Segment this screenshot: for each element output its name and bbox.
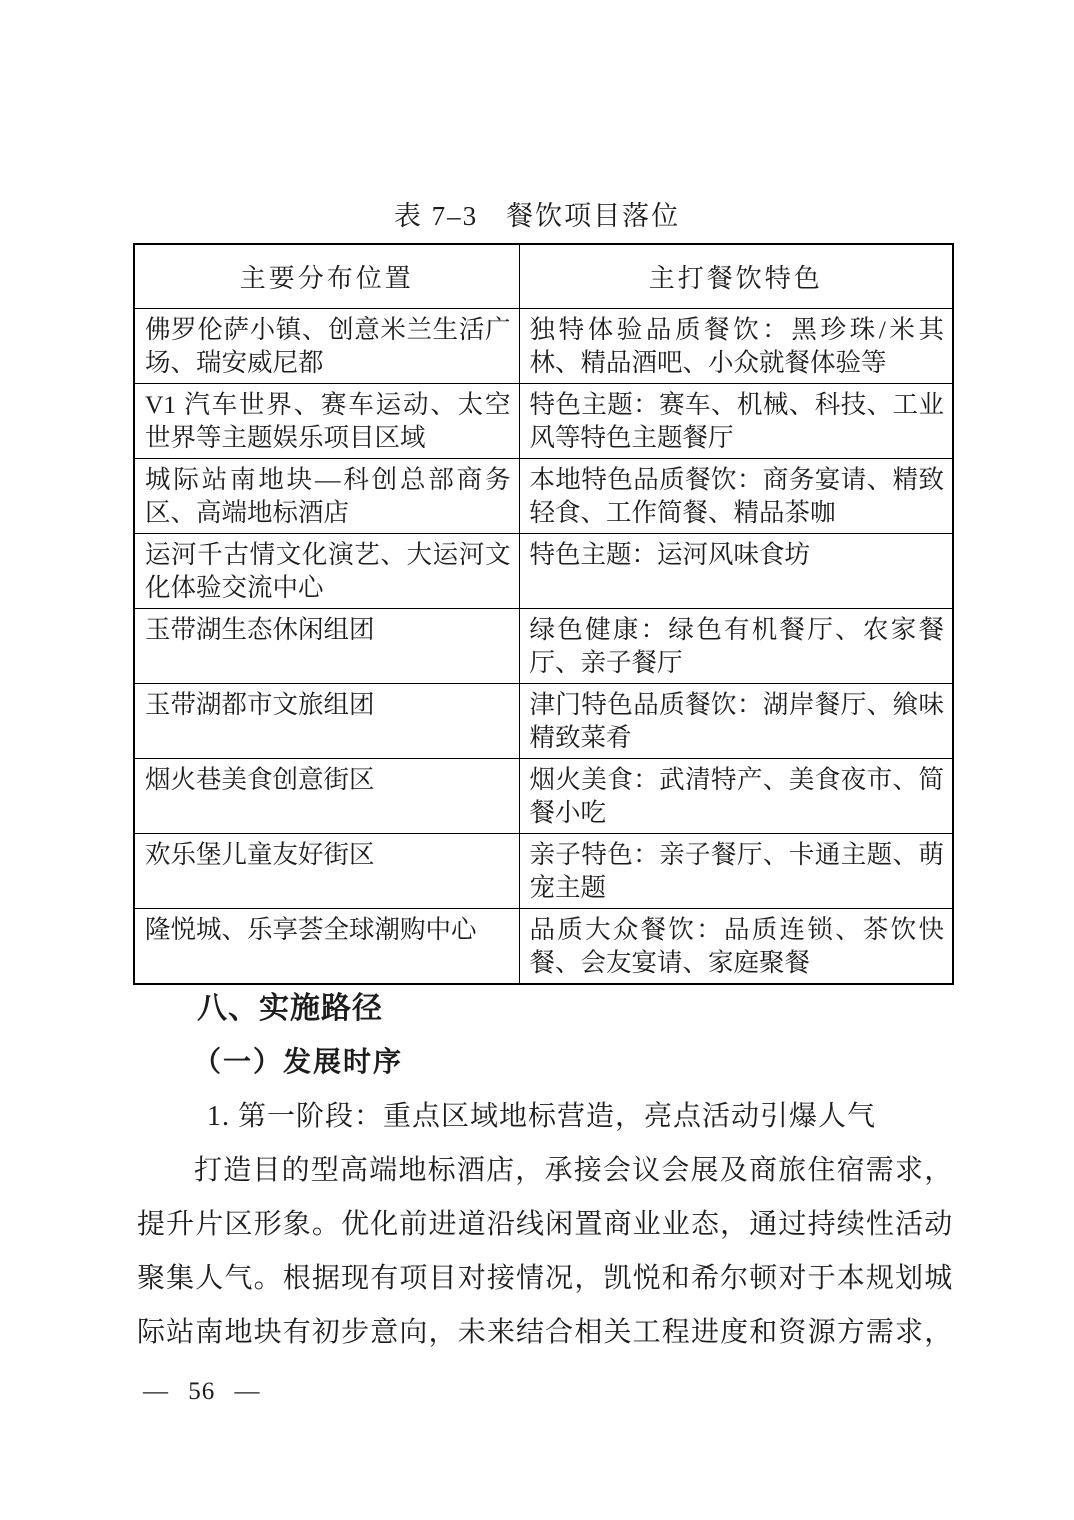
cell-location: 欢乐堡儿童友好街区 <box>134 833 519 908</box>
cell-location: 城际站南地块—科创总部商务区、高端地标酒店 <box>134 458 519 533</box>
table-row: 烟火巷美食创意街区 烟火美食：武清特产、美食夜市、简餐小吃 <box>134 758 953 833</box>
table-row: 欢乐堡儿童友好街区 亲子特色：亲子餐厅、卡通主题、萌宠主题 <box>134 833 953 908</box>
table-row: 运河千古情文化演艺、大运河文化体验交流中心 特色主题：运河风味食坊 <box>134 533 953 608</box>
cell-feature: 本地特色品质餐饮：商务宴请、精致轻食、工作简餐、精品茶咖 <box>519 458 953 533</box>
body-text-block: 八、实施路径 （一）发展时序 1. 第一阶段：重点区域地标营造，亮点活动引爆人气… <box>137 982 953 1360</box>
paragraph: 打造目的型高端地标酒店，承接会议会展及商旅住宿需求， 提升片区形象。优化前进道沿… <box>137 1144 953 1360</box>
table-row: 隆悦城、乐享荟全球潮购中心 品质大众餐饮：品质连锁、茶饮快餐、会友宴请、家庭聚餐 <box>134 908 953 984</box>
cell-feature: 特色主题：运河风味食坊 <box>519 533 953 608</box>
subsection-heading: （一）发展时序 <box>137 1036 953 1090</box>
cell-feature: 亲子特色：亲子餐厅、卡通主题、萌宠主题 <box>519 833 953 908</box>
cell-location: 玉带湖都市文旅组团 <box>134 683 519 758</box>
paragraph-line: 打造目的型高端地标酒店，承接会议会展及商旅住宿需求， <box>137 1144 953 1198</box>
table-caption: 表 7–3餐饮项目落位 <box>0 194 1074 233</box>
paragraph-line: 聚集人气。根据现有项目对接情况，凯悦和希尔顿对于本规划城 <box>137 1252 953 1306</box>
cell-feature: 独特体验品质餐饮：黑珍珠/米其林、精品酒吧、小众就餐体验等 <box>519 308 953 383</box>
table-row: 城际站南地块—科创总部商务区、高端地标酒店 本地特色品质餐饮：商务宴请、精致轻食… <box>134 458 953 533</box>
table-caption-title: 餐饮项目落位 <box>506 201 680 231</box>
cell-location: V1 汽车世界、赛车运动、太空世界等主题娱乐项目区域 <box>134 383 519 458</box>
column-header-feature: 主打餐饮特色 <box>519 244 953 308</box>
cell-feature: 绿色健康：绿色有机餐厅、农家餐厅、亲子餐厅 <box>519 608 953 683</box>
cell-feature: 津门特色品质餐饮：湖岸餐厅、飨味精致菜肴 <box>519 683 953 758</box>
cell-location: 佛罗伦萨小镇、创意米兰生活广场、瑞安威尼都 <box>134 308 519 383</box>
stage-title: 1. 第一阶段：重点区域地标营造，亮点活动引爆人气 <box>137 1090 953 1144</box>
table-row: V1 汽车世界、赛车运动、太空世界等主题娱乐项目区域 特色主题：赛车、机械、科技… <box>134 383 953 458</box>
table-row: 佛罗伦萨小镇、创意米兰生活广场、瑞安威尼都 独特体验品质餐饮：黑珍珠/米其林、精… <box>134 308 953 383</box>
table-row: 玉带湖生态休闲组团 绿色健康：绿色有机餐厅、农家餐厅、亲子餐厅 <box>134 608 953 683</box>
table-row: 玉带湖都市文旅组团 津门特色品质餐饮：湖岸餐厅、飨味精致菜肴 <box>134 683 953 758</box>
table-caption-number: 表 7–3 <box>394 201 478 231</box>
paragraph-line: 际站南地块有初步意向，未来结合相关工程进度和资源方需求， <box>137 1306 953 1360</box>
column-header-location: 主要分布位置 <box>134 244 519 308</box>
table-header-row: 主要分布位置 主打餐饮特色 <box>134 244 953 308</box>
section-heading: 八、实施路径 <box>137 982 953 1036</box>
document-page: 表 7–3餐饮项目落位 主要分布位置 主打餐饮特色 佛罗伦萨小镇、创意米兰生活广… <box>0 0 1074 1520</box>
cell-location: 玉带湖生态休闲组团 <box>134 608 519 683</box>
cell-feature: 特色主题：赛车、机械、科技、工业风等特色主题餐厅 <box>519 383 953 458</box>
cell-location: 运河千古情文化演艺、大运河文化体验交流中心 <box>134 533 519 608</box>
page-number: — 56 — <box>143 1378 261 1406</box>
paragraph-line: 提升片区形象。优化前进道沿线闲置商业业态，通过持续性活动 <box>137 1198 953 1252</box>
cell-feature: 烟火美食：武清特产、美食夜市、简餐小吃 <box>519 758 953 833</box>
cell-location: 烟火巷美食创意街区 <box>134 758 519 833</box>
cell-feature: 品质大众餐饮：品质连锁、茶饮快餐、会友宴请、家庭聚餐 <box>519 908 953 984</box>
cell-location: 隆悦城、乐享荟全球潮购中心 <box>134 908 519 984</box>
dining-projects-table: 主要分布位置 主打餐饮特色 佛罗伦萨小镇、创意米兰生活广场、瑞安威尼都 独特体验… <box>133 243 954 985</box>
